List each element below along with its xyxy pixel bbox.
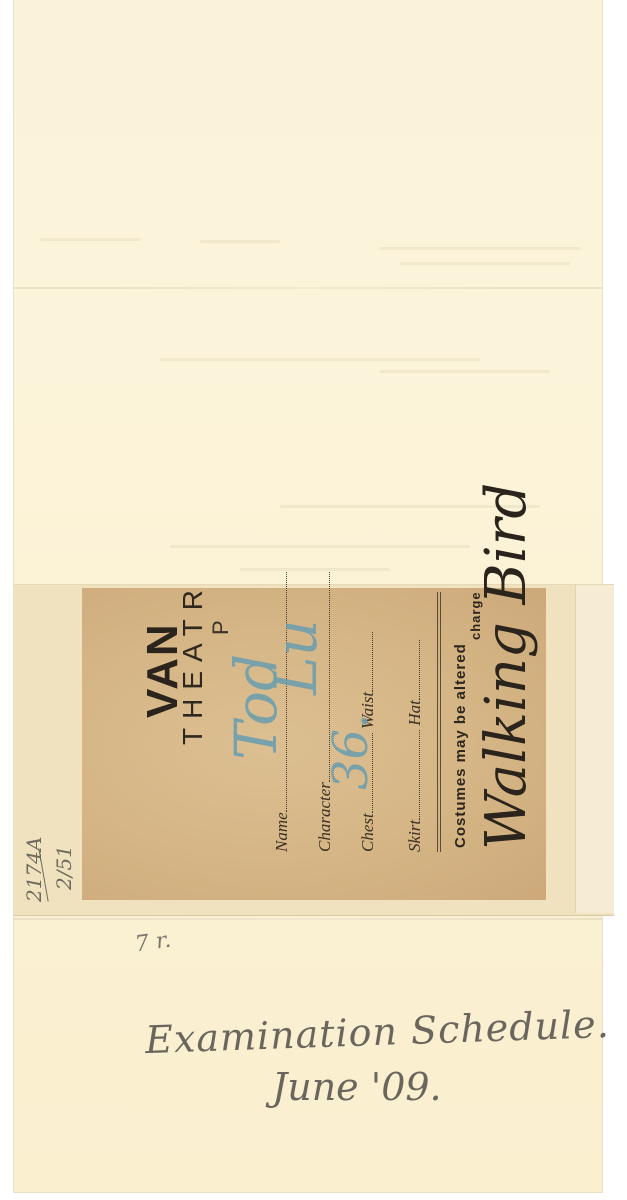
fold-line	[14, 287, 602, 289]
pencil-mark: 7 r.	[133, 928, 172, 958]
handwritten-character: Lu	[262, 619, 330, 695]
label-subtitle-2: P	[208, 614, 234, 635]
label-rule	[440, 592, 441, 852]
bleed-through-text	[380, 247, 580, 250]
catalog-mark-top: 2/51	[52, 845, 76, 890]
label-flap	[575, 585, 614, 913]
label-notice: Costumes may be altered	[452, 643, 469, 848]
handwritten-note: Walking Bird	[474, 483, 539, 850]
bleed-through-text	[240, 568, 390, 571]
label-field-skirt: Skirt Hat	[405, 640, 425, 852]
bleed-through-text	[380, 370, 550, 373]
document-date: June '09.	[272, 1065, 442, 1109]
bleed-through-text	[200, 240, 280, 243]
label-rule	[437, 592, 438, 852]
handwritten-chest: 36.	[323, 714, 379, 790]
bleed-through-text	[40, 238, 140, 241]
label-field-character: Character	[315, 572, 335, 852]
bleed-through-text	[170, 545, 470, 548]
label-subtitle: THEATR	[177, 581, 209, 745]
bleed-through-text	[400, 262, 570, 265]
fold-line	[14, 918, 602, 920]
bleed-through-text	[160, 358, 480, 361]
